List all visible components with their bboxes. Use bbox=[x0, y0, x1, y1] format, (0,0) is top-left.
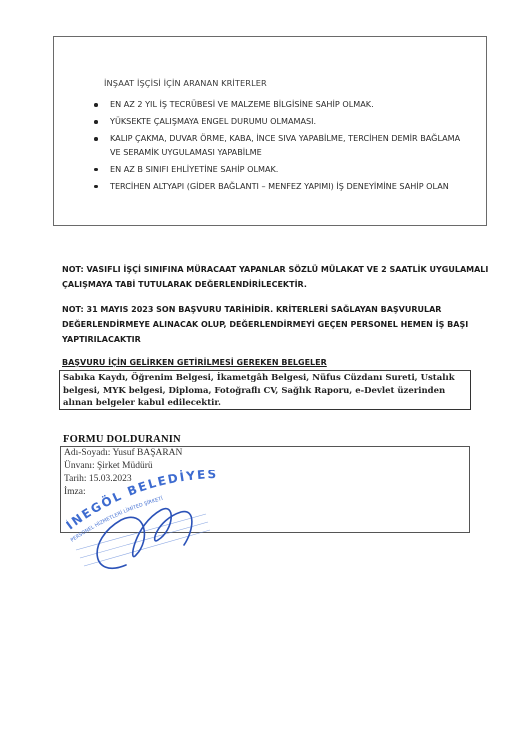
note-interview: NOT: VASIFLI İŞÇİ SINIFINA MÜRACAAT YAPA… bbox=[62, 262, 502, 292]
bullet-icon bbox=[94, 137, 98, 141]
criteria-title: İNŞAAT İŞÇİSİ İÇİN ARANAN KRİTERLER bbox=[104, 78, 267, 88]
criteria-list: EN AZ 2 YIL İŞ TECRÜBESİ VE MALZEME BİLG… bbox=[92, 98, 472, 197]
bullet-icon bbox=[94, 103, 98, 107]
document-page: İNŞAAT İŞÇİSİ İÇİN ARANAN KRİTERLER EN A… bbox=[0, 0, 530, 750]
bullet-icon bbox=[94, 120, 98, 124]
bullet-icon bbox=[94, 185, 98, 189]
criteria-item: YÜKSEKTE ÇALIŞMAYA ENGEL DURUMU OLMAMASI… bbox=[92, 115, 472, 129]
note-deadline: NOT: 31 MAYIS 2023 SON BAŞVURU TARİHİDİR… bbox=[62, 302, 502, 347]
form-name: Adı-Soyadı: Yusuf BAŞARAN bbox=[64, 448, 182, 458]
criteria-item: EN AZ 2 YIL İŞ TECRÜBESİ VE MALZEME BİLG… bbox=[92, 98, 472, 112]
form-box bbox=[60, 446, 470, 533]
criteria-item: KALIP ÇAKMA, DUVAR ÖRME, KABA, İNCE SIVA… bbox=[92, 132, 472, 159]
form-signature-label: İmza: bbox=[64, 487, 86, 497]
documents-box: Sabıka Kaydı, Öğrenim Belgesi, İkametgâh… bbox=[59, 370, 471, 410]
criteria-item: TERCİHEN ALTYAPI (GİDER BAĞLANTI – MENFE… bbox=[92, 180, 472, 194]
criteria-item: EN AZ B SINIFI EHLİYETİNE SAHİP OLMAK. bbox=[92, 163, 472, 177]
documents-title: BAŞVURU İÇİN GELİRKEN GETİRİLMESİ GEREKE… bbox=[62, 358, 327, 367]
form-title: FORMU DOLDURANIN bbox=[63, 434, 181, 445]
form-date: Tarih: 15.03.2023 bbox=[64, 474, 132, 484]
bullet-icon bbox=[94, 168, 98, 172]
form-position: Ünvanı: Şirket Müdürü bbox=[64, 461, 153, 471]
documents-text: Sabıka Kaydı, Öğrenim Belgesi, İkametgâh… bbox=[63, 373, 455, 408]
